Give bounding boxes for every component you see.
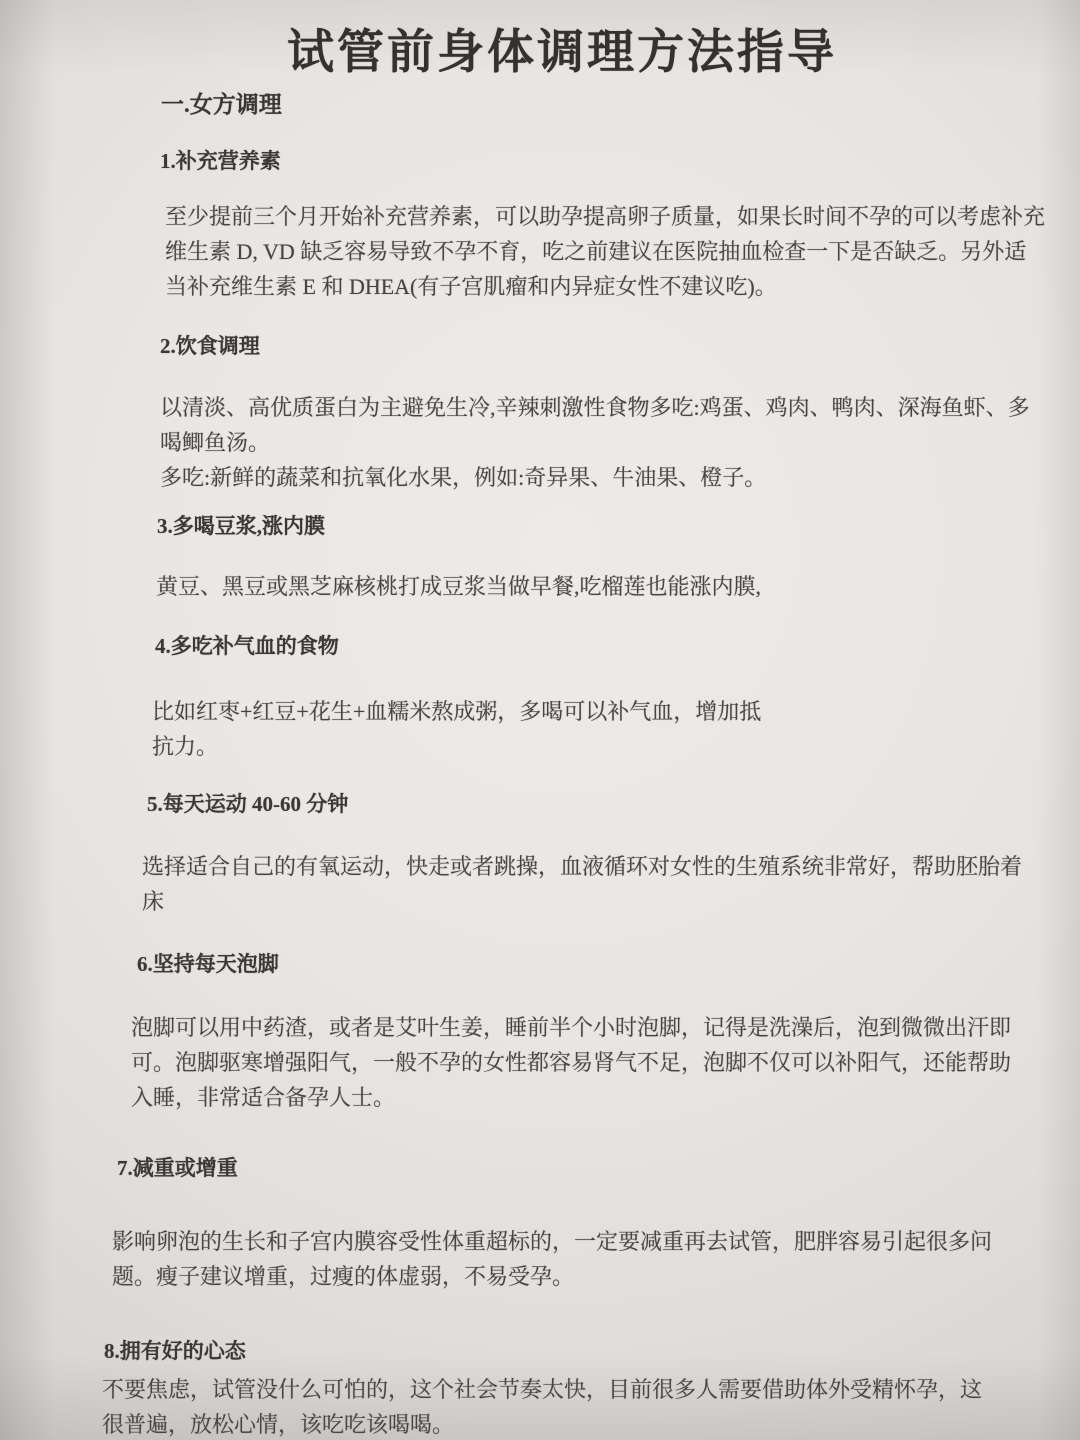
item-heading: 1.补充营养素 xyxy=(160,147,1080,175)
item-heading: 4.多吃补气血的食物 xyxy=(155,632,1080,660)
item-heading: 6.坚持每天泡脚 xyxy=(137,950,1080,978)
list-item: 5.每天运动 40-60 分钟 选择适合自己的有氧运动，快走或者跳操，血液循环对… xyxy=(0,790,1080,919)
list-item: 2.饮食调理 以清淡、高优质蛋白为主避免生冷,辛辣刺激性食物多吃:鸡蛋、鸡肉、鸭… xyxy=(0,332,1080,495)
document-title: 试管前身体调理方法指导 xyxy=(22,0,1080,82)
list-item: 7.减重或增重 影响卵泡的生长和子宫内膜容受性体重超标的，一定要减重再去试管，肥… xyxy=(0,1154,1080,1294)
document-page: 试管前身体调理方法指导 一.女方调理 1.补充营养素 至少提前三个月开始补充营养… xyxy=(0,0,1080,1440)
item-body: 至少提前三个月开始补充营养素，可以助孕提高卵子质量，如果长时间不孕的可以考虑补充… xyxy=(165,199,1077,304)
item-heading: 8.拥有好的心态 xyxy=(104,1337,1080,1365)
item-body: 黄豆、黑豆或黑芝麻核桃打成豆浆当做早餐,吃榴莲也能涨内膜, xyxy=(156,569,1068,604)
item-heading: 5.每天运动 40-60 分钟 xyxy=(147,790,1080,818)
item-heading: 7.减重或增重 xyxy=(117,1154,1080,1182)
list-item: 8.拥有好的心态 不要焦虑，试管没什么可怕的，这个社会节奏太快，目前很多人需要借… xyxy=(0,1337,1080,1440)
item-heading: 3.多喝豆浆,涨内膜 xyxy=(157,512,1080,540)
item-body: 不要焦虑，试管没什么可怕的，这个社会节奏太快，目前很多人需要借助体外受精怀孕，这… xyxy=(102,1372,1014,1440)
item-body: 以清淡、高优质蛋白为主避免生冷,辛辣刺激性食物多吃:鸡蛋、鸡肉、鸭肉、深海鱼虾、… xyxy=(160,390,1072,495)
item-heading: 2.饮食调理 xyxy=(160,332,1080,360)
item-body: 泡脚可以用中药渣，或者是艾叶生姜，睡前半个小时泡脚，记得是洗澡后，泡到微微出汗即… xyxy=(131,1010,1043,1115)
list-item: 3.多喝豆浆,涨内膜 黄豆、黑豆或黑芝麻核桃打成豆浆当做早餐,吃榴莲也能涨内膜, xyxy=(0,512,1080,604)
list-item: 1.补充营养素 至少提前三个月开始补充营养素，可以助孕提高卵子质量，如果长时间不… xyxy=(0,147,1080,304)
list-item: 4.多吃补气血的食物 比如红枣+红豆+花生+血糯米熬成粥，多喝可以补气血，增加抵… xyxy=(0,632,1080,764)
item-body: 选择适合自己的有氧运动，快走或者跳操，血液循环对女性的生殖系统非常好，帮助胚胎着… xyxy=(142,849,1054,919)
item-body: 比如红枣+红豆+花生+血糯米熬成粥，多喝可以补气血，增加抵 抗力。 xyxy=(152,694,1064,764)
list-item: 6.坚持每天泡脚 泡脚可以用中药渣，或者是艾叶生姜，睡前半个小时泡脚，记得是洗澡… xyxy=(0,950,1080,1115)
item-body: 影响卵泡的生长和子宫内膜容受性体重超标的，一定要减重再去试管，肥胖容易引起很多问… xyxy=(112,1224,1024,1294)
section-heading: 一.女方调理 xyxy=(161,90,1080,120)
